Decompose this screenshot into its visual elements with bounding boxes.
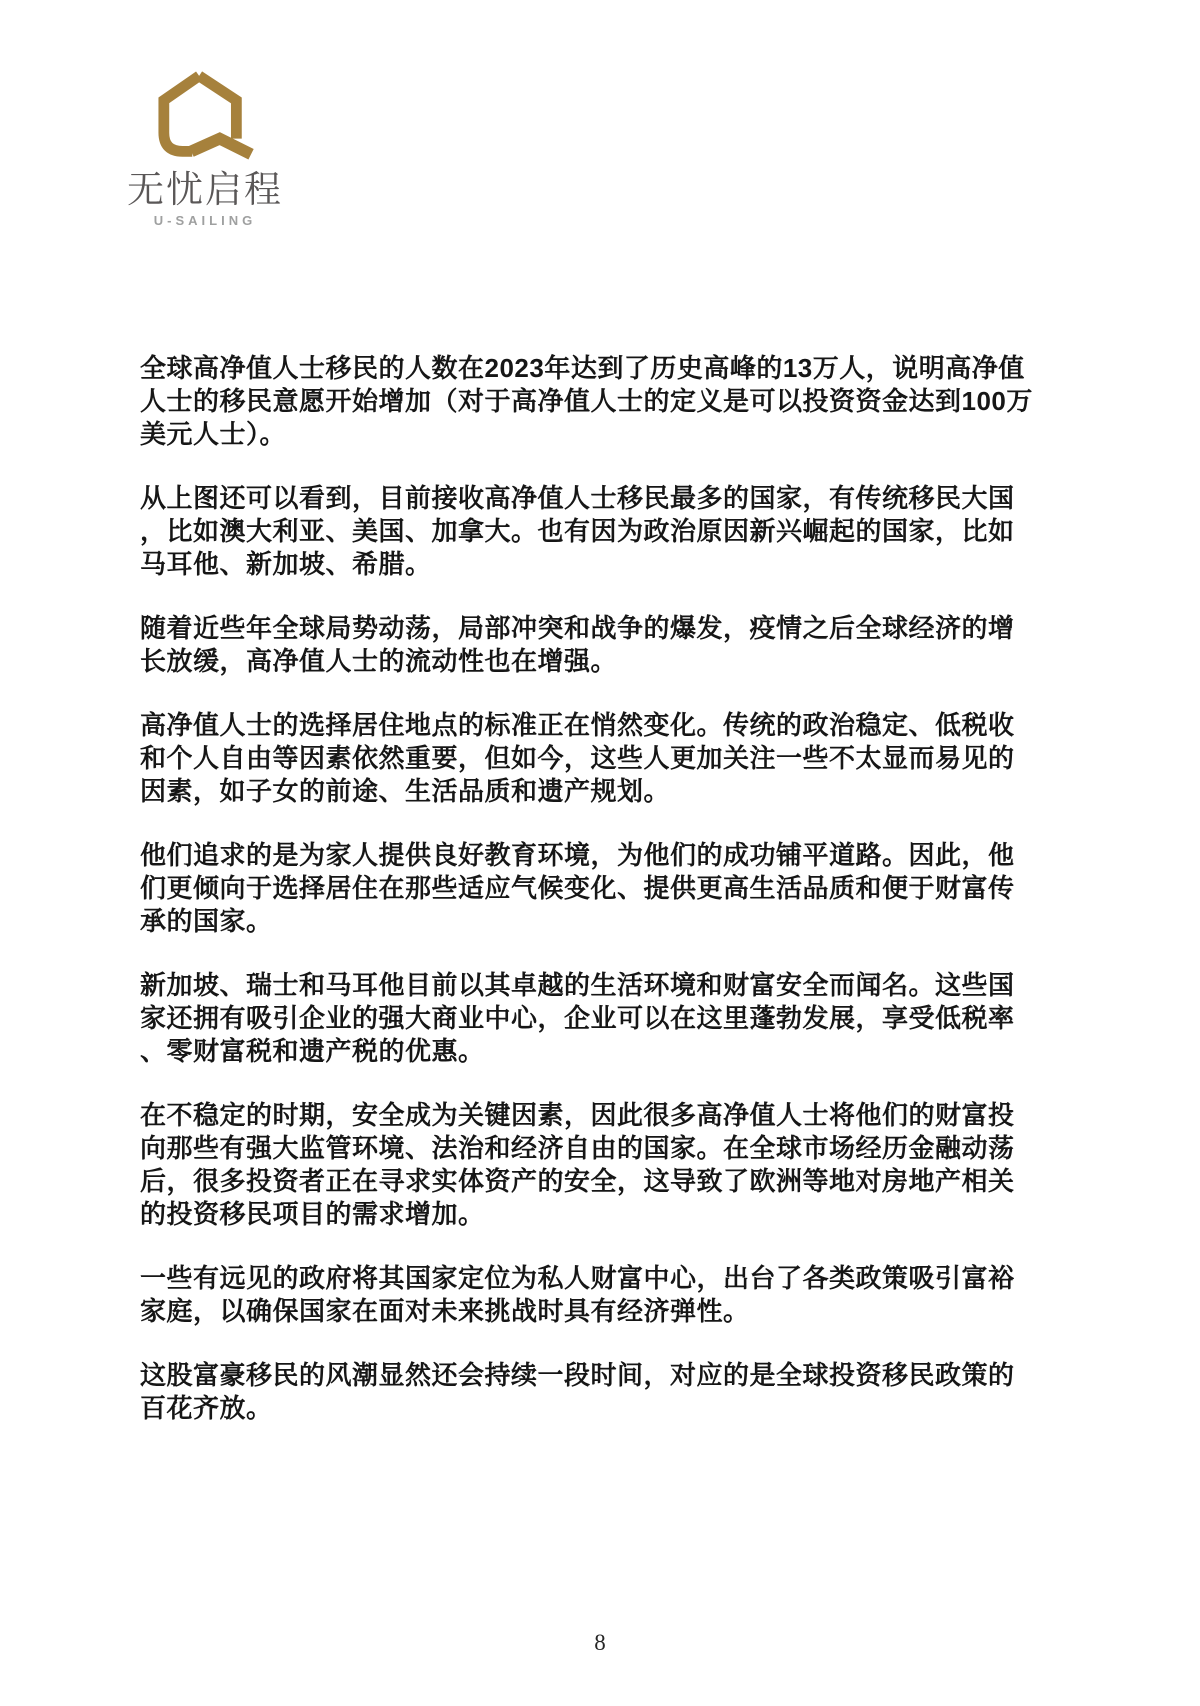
body-text: 全球高净值人士移民的人数在2023年达到了历史高峰的13万人，说明高净值 人士的… [140,352,1040,1456]
paragraph-3: 随着近些年全球局势动荡，局部冲突和战争的爆发，疫情之后全球经济的增 长放缓，高净… [140,612,1040,678]
paragraph-2: 从上图还可以看到，目前接收高净值人士移民最多的国家，有传统移民大国 ，比如澳大利… [140,482,1040,581]
logo-subtitle: U-SAILING [119,213,291,228]
paragraph-4: 高净值人士的选择居住地点的标准正在悄然变化。传统的政治稳定、低税收 和个人自由等… [140,709,1040,808]
logo: 无忧启程 U-SAILING [119,70,291,228]
paragraph-6: 新加坡、瑞士和马耳他目前以其卓越的生活环境和财富安全而闻名。这些国 家还拥有吸引… [140,969,1040,1068]
paragraph-7: 在不稳定的时期，安全成为关键因素，因此很多高净值人士将他们的财富投 向那些有强大… [140,1099,1040,1231]
paragraph-1: 全球高净值人士移民的人数在2023年达到了历史高峰的13万人，说明高净值 人士的… [140,352,1040,451]
page-number: 8 [594,1630,606,1655]
logo-icon [156,70,254,168]
paragraph-9: 这股富豪移民的风潮显然还会持续一段时间，对应的是全球投资移民政策的 百花齐放。 [140,1359,1040,1425]
logo-title: 无忧启程 [119,170,291,210]
paragraph-5: 他们追求的是为家人提供良好教育环境，为他们的成功铺平道路。因此，他 们更倾向于选… [140,839,1040,938]
document-page: 无忧启程 U-SAILING 全球高净值人士移民的人数在2023年达到了历史高峰… [0,0,1200,1706]
paragraph-8: 一些有远见的政府将其国家定位为私人财富中心，出台了各类政策吸引富裕 家庭，以确保… [140,1262,1040,1328]
page-footer: 8 [0,1630,1200,1656]
